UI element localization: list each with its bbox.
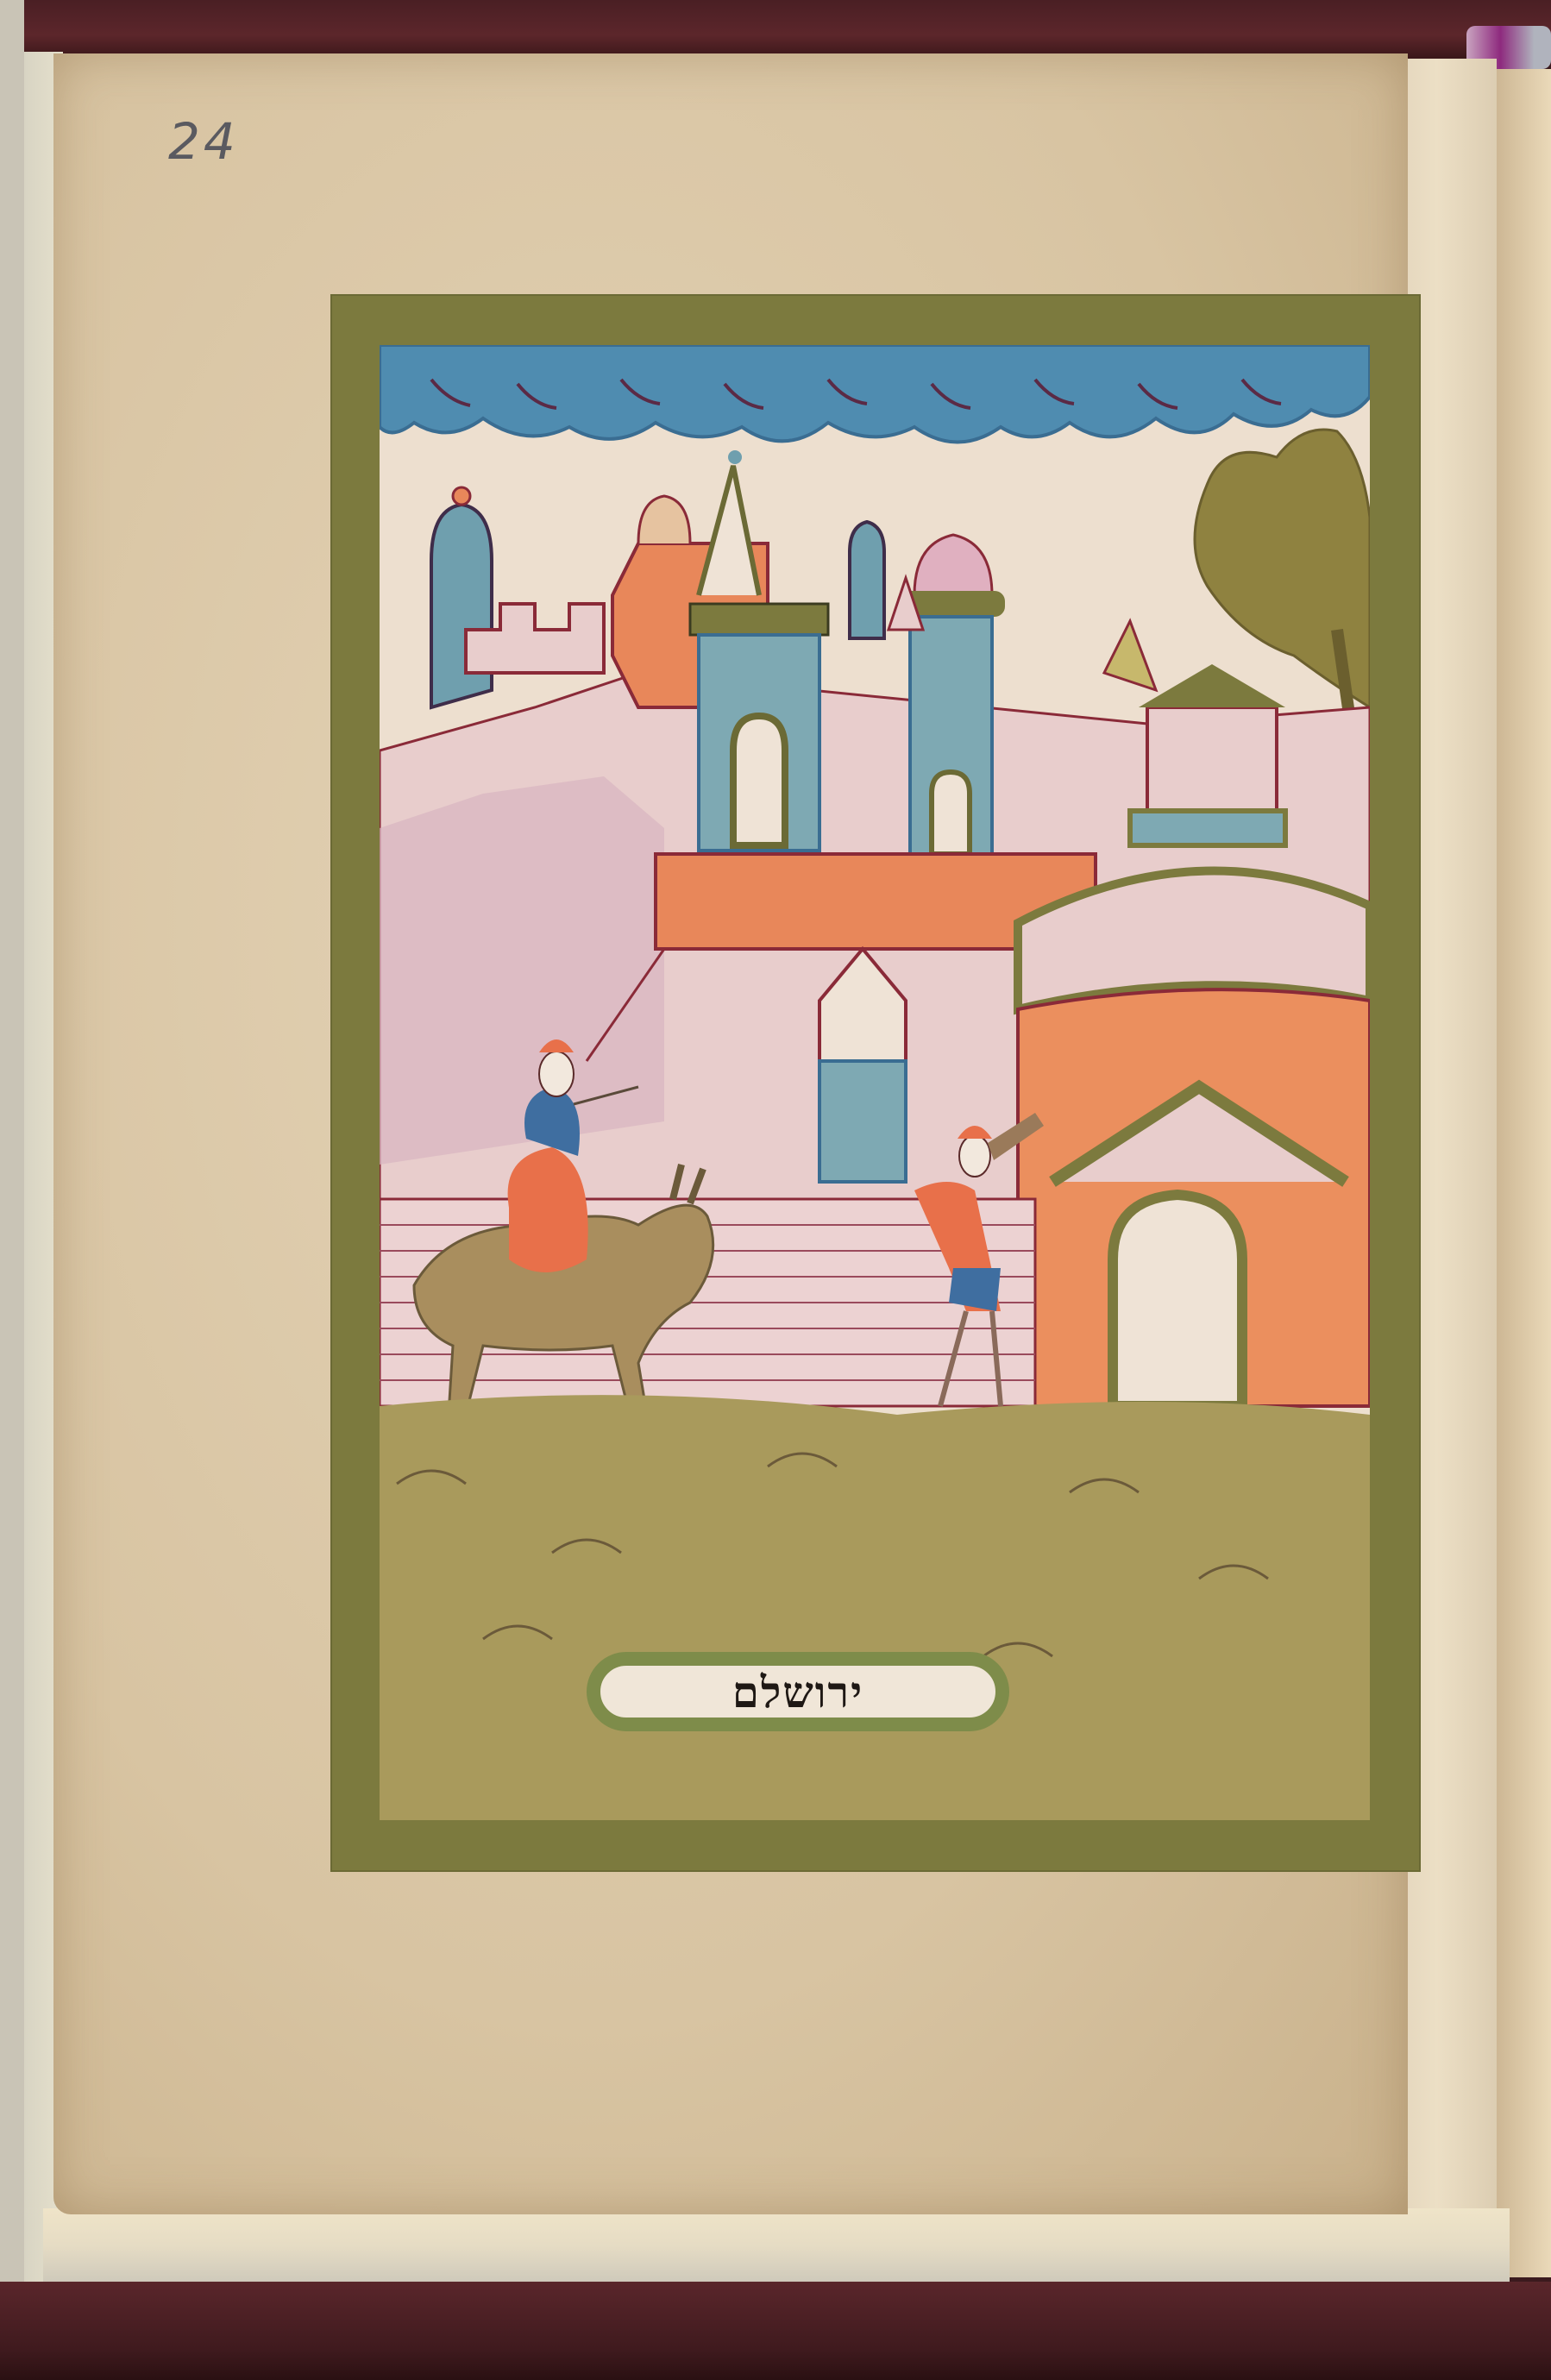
caption-cartouche: ירושלם xyxy=(587,1652,1009,1731)
facing-leaf xyxy=(1497,69,1551,2277)
jerusalem-illustration xyxy=(380,345,1370,1820)
folio-number: 24 xyxy=(168,112,239,171)
pink-dome-tower xyxy=(897,535,1005,854)
central-gate-tower xyxy=(690,450,828,851)
leather-binding-top xyxy=(0,0,1551,59)
leather-binding-bottom xyxy=(0,2282,1551,2380)
illustration-panel xyxy=(380,345,1370,1820)
binding-edge-left xyxy=(0,0,24,2380)
cloud-band xyxy=(380,345,1370,443)
flyleaf-bottom xyxy=(43,2208,1510,2282)
caption-jerusalem: ירושלם xyxy=(732,1667,863,1717)
